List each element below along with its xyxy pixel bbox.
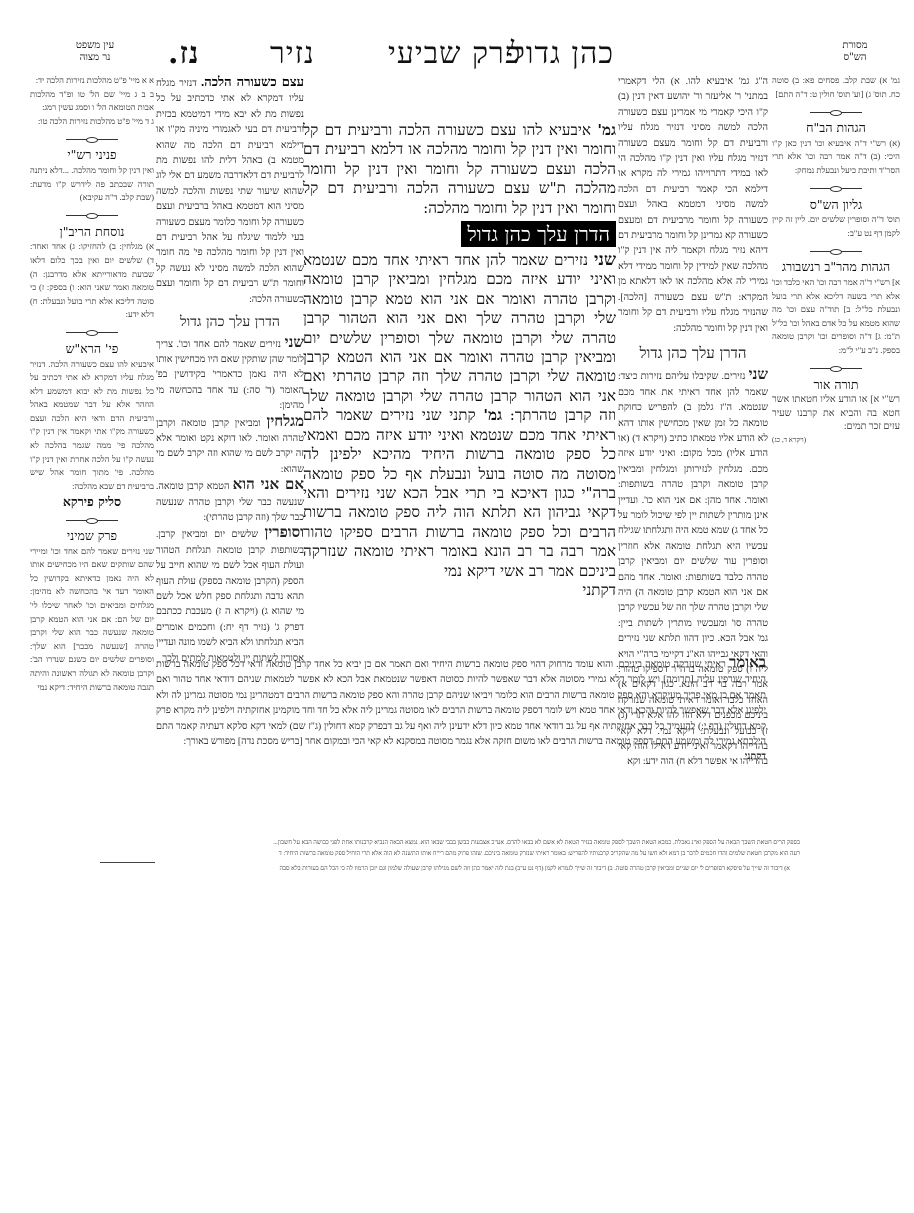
ornament-divider	[30, 211, 154, 221]
torah-or-text: רש"י א] או הודע אליו חטאתו אשר חטא בה וה…	[772, 393, 900, 434]
ornament-divider	[30, 134, 154, 144]
mishnah: שני נזירים שאמר להן אחד ראיתי אחד מכם שנ…	[303, 251, 616, 581]
tosafot-para1-text: דנזיר מגלח עליו דמקרא לא אתי כדכתיב על כ…	[156, 78, 304, 305]
masoret-label-line2: הש"ס	[820, 52, 890, 64]
chapter-title: פרק שביעי	[388, 36, 521, 71]
penei-rashi-title: פניני רש"י	[30, 148, 154, 162]
tosafot-lower: באומר ראיתי שנזרקה טומאה ביניכם. והוא עו…	[156, 655, 766, 765]
tosafot-para5: וסופרין שלשים יום ומביאין קרבן. בשותפות …	[156, 525, 304, 666]
masoret-entries: גמ' א) שבת קלב. פסחים פא: ב) סוטה כח. תו…	[772, 74, 900, 101]
ein-mishpat-entry: ב ב ג מיי' שם הל' טו ופ"ד מהלכות אבות הט…	[30, 88, 154, 115]
tosafot-para6-text: ראיתי שנזרקה טומאה ביניכם. והוא עומד מרח…	[156, 659, 766, 747]
chapter-name: כהן גדול	[511, 36, 614, 71]
tosafot-para2-text: נזירים שאמר להם אחד וכו'. צריך לומר שהן …	[156, 339, 304, 412]
gemara-block: גמ' איבעיא להו עצם כשעורה הלכה ורביעית ד…	[303, 121, 616, 600]
perek-sheni-text: שני נזירים שאמר להם אחד וכו' ומיירי שהם …	[30, 545, 154, 695]
ein-mishpat-entry: ג ד מיי' פ"ט מהלכות נזירות הלכה טו:	[30, 115, 154, 129]
bottom-note: א) דיבור זה שייך על פיסקא דסופרים ל' יום…	[150, 864, 790, 875]
masoret-label: מסורת הש"ס	[820, 40, 890, 64]
ein-mishpat-label: עין משפט נר מצוה	[40, 40, 150, 64]
page-number: נז.	[168, 36, 200, 71]
tosafot-hadran: הדרן עלך כהן גדול	[156, 315, 304, 330]
tosafot-heading2: שני	[285, 333, 304, 351]
hadran-label: הדרן עלך כהן גדול	[461, 221, 616, 247]
tractate-title: נזיר	[270, 36, 315, 71]
ornament-divider	[772, 184, 900, 194]
ornament-divider	[30, 515, 154, 525]
footer-notes: בספק הרים חטאת השבך הבאה על הספק וא"נ נא…	[100, 838, 800, 859]
mishnah-opening-word: שני	[594, 250, 616, 270]
siluk-pirka: סליק פירקא	[30, 495, 154, 509]
tosafot-para5-text: שלשים יום ומביאין קרבן. בשותפות קרבן טומ…	[156, 529, 304, 663]
tosafot-heading3: מגלחין	[267, 412, 305, 430]
tosafot-para3: מגלחין ומביאין קרבן טומאה וקרבן טהרה ואו…	[156, 414, 304, 478]
tosafot-heading6: באומר	[729, 653, 766, 671]
ornament-divider	[772, 246, 900, 256]
ornament-divider	[772, 107, 900, 117]
gilyon-title: גליון הש"ס	[772, 198, 900, 212]
gemara-opening-word: גמ'	[597, 121, 616, 139]
masoret-label-line1: מסורת	[820, 40, 890, 52]
tosafot-para2: שני נזירים שאמר להם אחד וכו'. צריך לומר …	[156, 335, 304, 414]
bach-title: הגהות הב"ח	[772, 121, 900, 135]
bach-text: (א) רש"י ד"ה איבעיא וכו' דנין כאן ק"ו הי…	[772, 137, 900, 178]
ein-mishpat-label-line1: עין משפט	[40, 40, 150, 52]
rosh-text: איבעיא להו עצם כשעורה הלכה. דנזיר מגלח ע…	[30, 358, 154, 494]
tosafot-last-word: דקתני	[156, 749, 766, 764]
ornament-divider	[30, 328, 154, 338]
maharab-text: א] רש"י ד"ה אמר רבה וכו' האי כלבד וכו' א…	[772, 276, 900, 358]
hadran-banner: הדרן עלך כהן גדול	[303, 221, 616, 247]
gilyon-text: תוס' ד"ה וסופרין שלשים יום. ליין זה קיין…	[772, 213, 900, 240]
penei-rashi-text: ואין דנין קל וחומר מהלכה. ...דלא ניתנה ת…	[30, 164, 154, 205]
maharab-title: הגהות מהר"ב רנשבורג	[772, 260, 900, 274]
rashi-opening-word: שני	[749, 365, 768, 383]
footer-note-line1: בספק הרים חטאת השבך הבאה על הספק וא"נ נא…	[100, 838, 800, 849]
tosafot-heading1: עצם כשעורה הלכה.	[201, 74, 304, 89]
footer-note-line2: רעה הוא מקרבן חטאת שלמים והדו חכמים לדבר…	[100, 849, 800, 860]
rosh-title: פי' הרא"ש	[30, 342, 154, 356]
nusach-text: א) מגלחין: ב) להחזיקו: ג) אחד ואחד: ד) ש…	[30, 240, 154, 322]
gemara-para1-text: איבעיא להו עצם כשעורה הלכה ורביעית דם קל…	[303, 121, 616, 217]
tosafot-column: עצם כשעורה הלכה. דנזיר מגלח עליו דמקרא ל…	[156, 74, 304, 666]
torah-or-title: תורה אור	[772, 378, 900, 392]
mishnah-text: נזירים שאמר להן אחד ראיתי אחד מכם שנטמא …	[303, 251, 616, 424]
gemara2-text: קתני שני נזירים שאמר להם ראיתי אחד מכם ש…	[303, 406, 616, 579]
ein-mishpat-entry: א א מיי' פ"ט מהלכות נזירות הלכה יד:	[30, 74, 154, 88]
tosafot-para4: אם אני הוא הטמא קרבן טומאה. שנעשה כבר של…	[156, 477, 304, 525]
torah-or-ref: (ויקרא ד, כג)	[772, 434, 900, 448]
tosafot-heading4: אם אני הוא	[233, 475, 304, 493]
masoret-column: גמ' א) שבת קלב. פסחים פא: ב) סוטה כח. תו…	[772, 74, 900, 447]
gemara-last-word: דקתני	[303, 581, 616, 600]
nusach-title: נוסחת הריב"ן	[30, 225, 154, 239]
rashi-para1: ה"ג גמ' איבעיא להו. א) הלי דקאמרי במתני'…	[618, 74, 768, 336]
perek-sheni-title: פרק שמיני	[30, 529, 154, 543]
rashi-hadran: הדרן עלך כהן גדול	[618, 346, 768, 361]
tosafot-para1: עצם כשעורה הלכה. דנזיר מגלח עליו דמקרא ל…	[156, 74, 304, 307]
gemara2-word: גמ'	[483, 406, 502, 424]
ein-mishpat-column: א א מיי' פ"ט מהלכות נזירות הלכה יד: ב ב …	[30, 74, 154, 694]
footer-rule	[100, 862, 155, 863]
gemara-para1: גמ' איבעיא להו עצם כשעורה הלכה ורביעית ד…	[303, 121, 616, 218]
ornament-divider	[772, 364, 900, 374]
tosafot-heading5: וסופרין	[265, 523, 305, 541]
ein-mishpat-label-line2: נר מצוה	[40, 52, 150, 64]
